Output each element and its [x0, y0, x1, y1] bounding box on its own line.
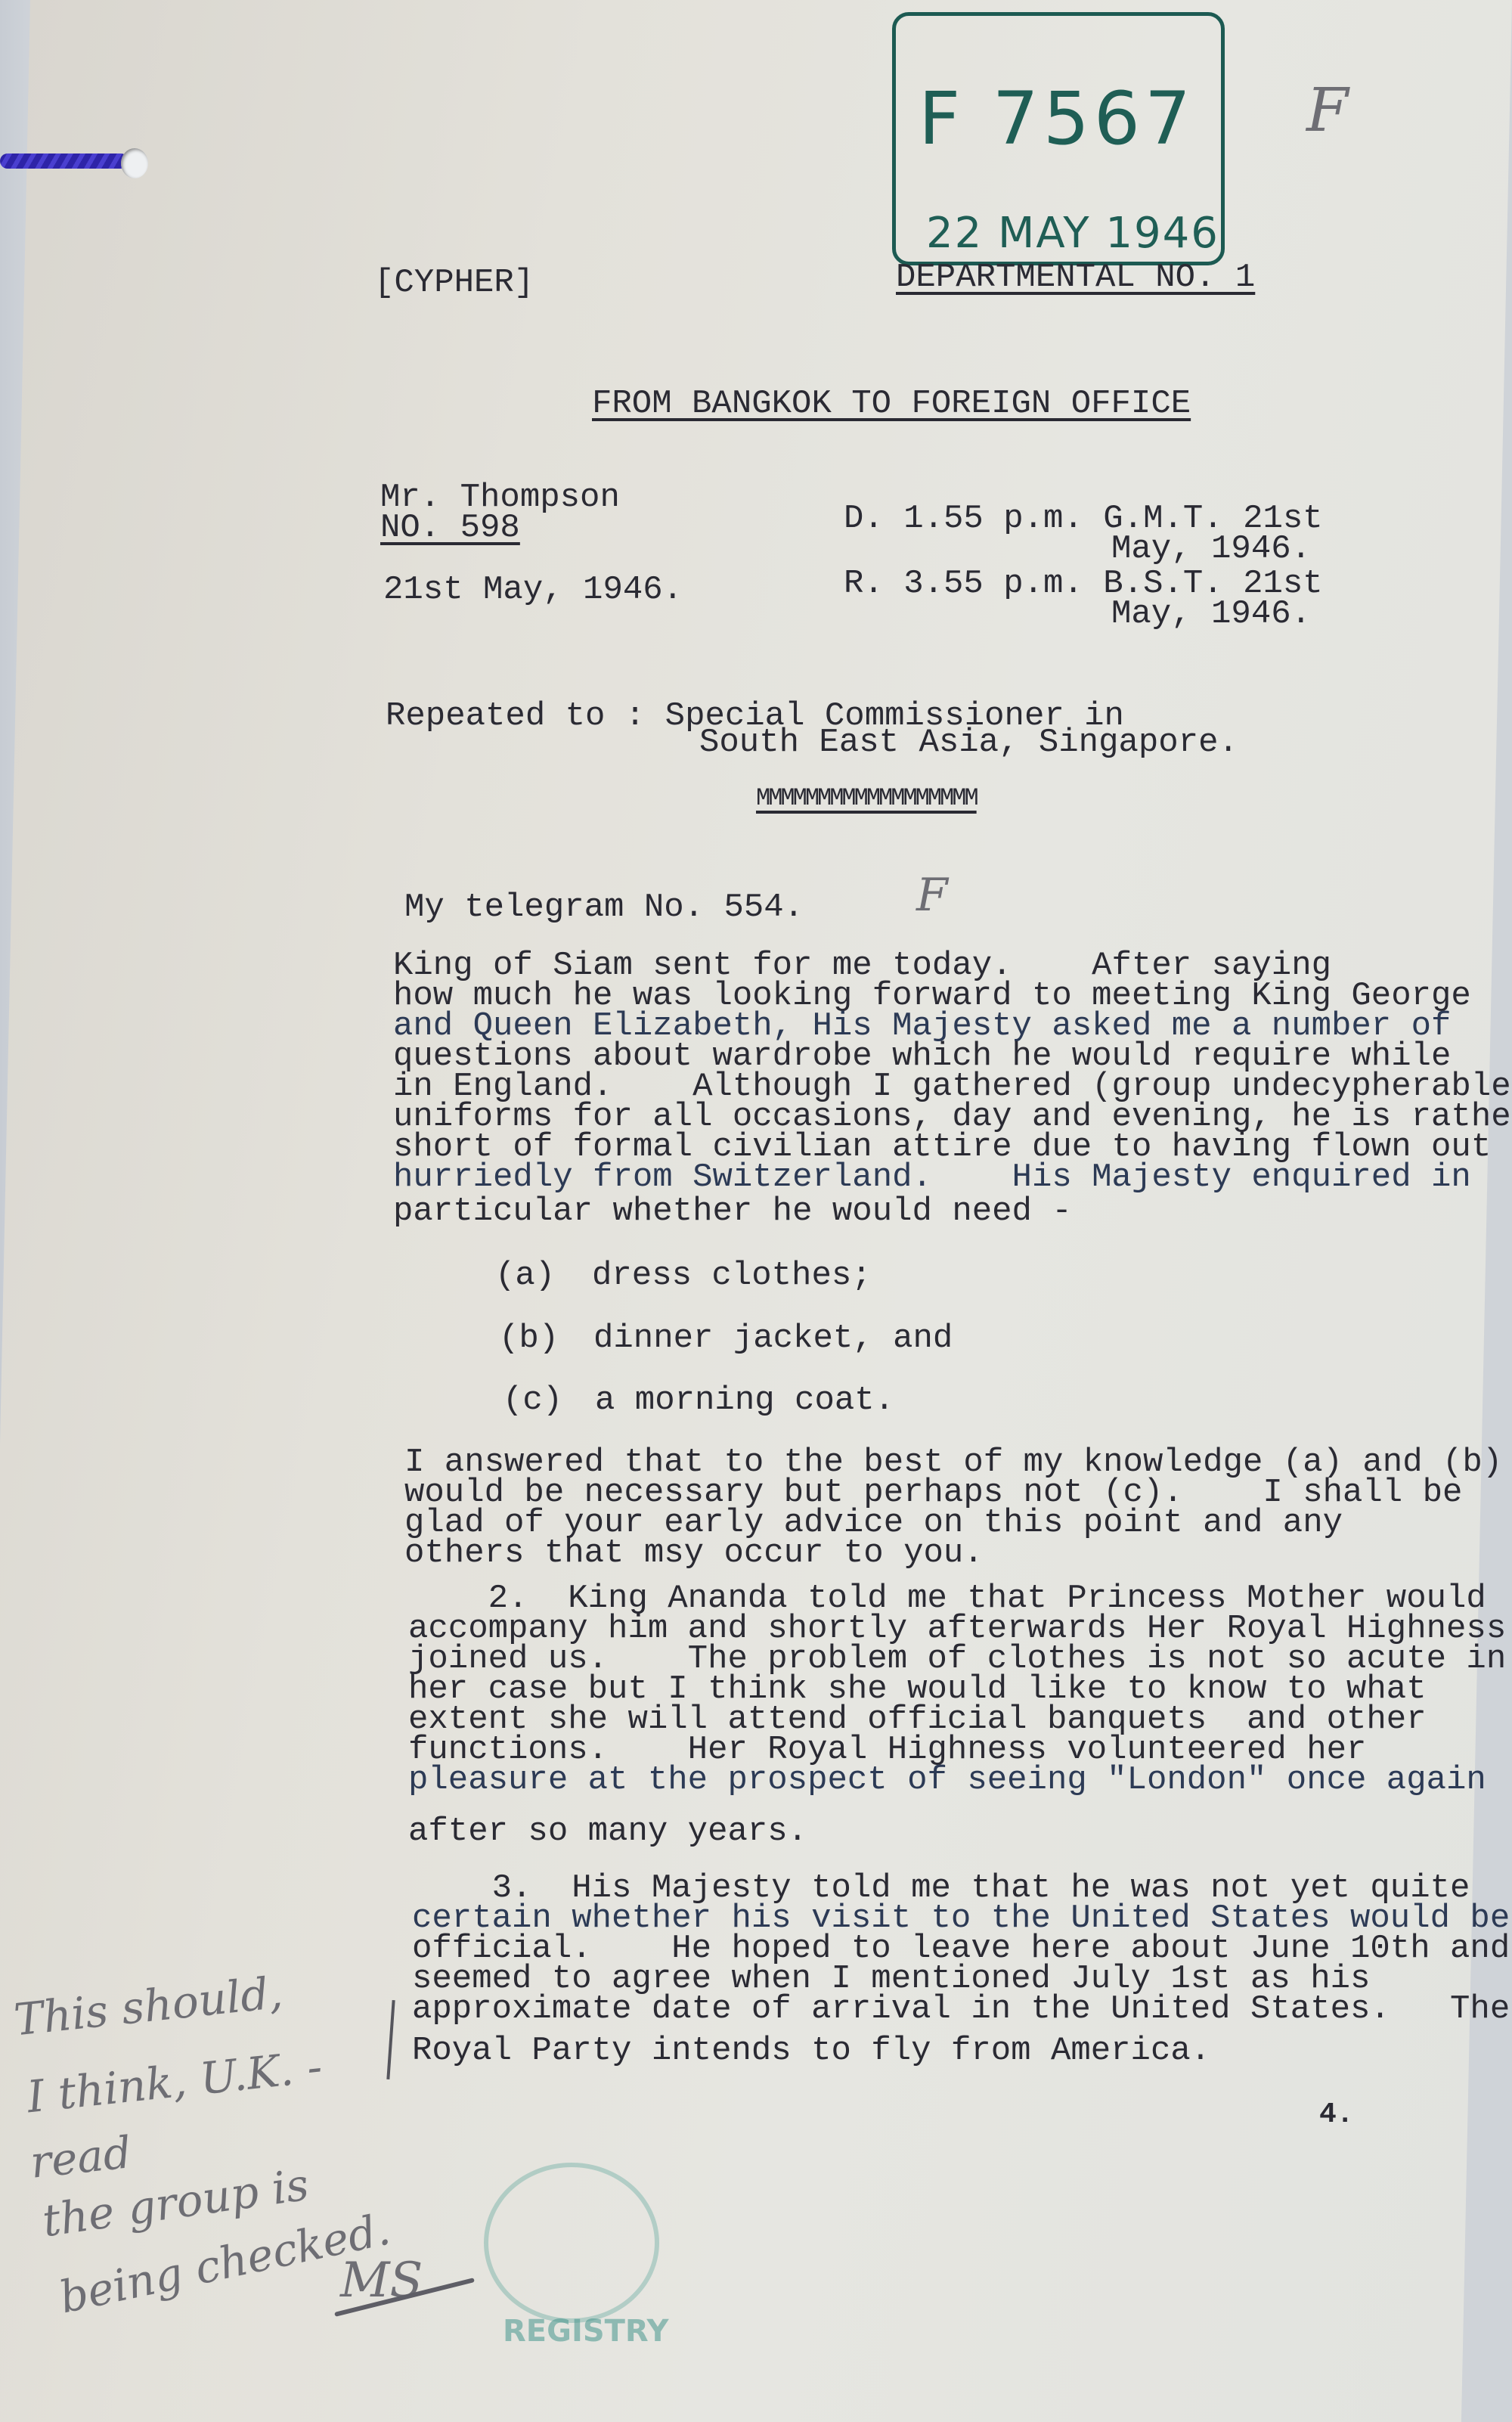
registry-stamp-label: REGISTRY — [503, 2314, 669, 2349]
list-marker: (c) — [503, 1384, 562, 1417]
list-item: a morning coat. — [595, 1384, 894, 1417]
corner-mark: F — [1306, 76, 1349, 145]
list-item: dinner jacket, and — [593, 1322, 953, 1355]
text-line: after so many years. — [408, 1815, 807, 1848]
classification: [CYPHER] — [374, 266, 534, 299]
text-line: hurriedly from Switzerland. His Majesty … — [393, 1161, 1471, 1194]
note-line: read — [28, 2127, 134, 2188]
list-item: dress clothes; — [592, 1259, 872, 1292]
stamp-file-number: F 7567 — [919, 76, 1195, 161]
reference: My telegram No. 554. — [404, 891, 804, 924]
despatched-date: May, 1946. — [1111, 532, 1311, 566]
text-line: others that msy occur to you. — [404, 1537, 984, 1570]
reference-mark: F — [916, 870, 948, 922]
text-line: approximate date of arrival in the Unite… — [412, 1992, 1510, 2026]
received-stamp: F 7567 22 MAY 1946 — [892, 12, 1225, 265]
text-line: pleasure at the prospect of seeing "Lond… — [408, 1763, 1486, 1797]
department-number: DEPARTMENTAL NO. 1 — [896, 261, 1255, 294]
repeated-to-cont: South East Asia, Singapore. — [699, 726, 1238, 759]
text-line: Royal Party intends to fly from America. — [412, 2034, 1210, 2067]
text-line: particular whether he would need - — [393, 1195, 1072, 1228]
list-marker: (b) — [499, 1322, 559, 1355]
list-marker: (a) — [495, 1259, 555, 1292]
stamp-date: 22 MAY 1946 — [926, 209, 1219, 258]
telegram-number: NO. 598 — [380, 511, 520, 544]
binding-string — [0, 154, 129, 169]
punch-hole — [121, 148, 148, 178]
registry-stamp — [484, 2163, 659, 2323]
page-continuation: 4. — [1319, 2101, 1354, 2129]
telegram-date: 21st May, 1946. — [383, 573, 683, 606]
separator: MMMMMMMMMMMMMMMMMM — [756, 786, 977, 811]
page-title: FROM BANGKOK TO FOREIGN OFFICE — [592, 387, 1191, 420]
received-date: May, 1946. — [1111, 597, 1311, 631]
